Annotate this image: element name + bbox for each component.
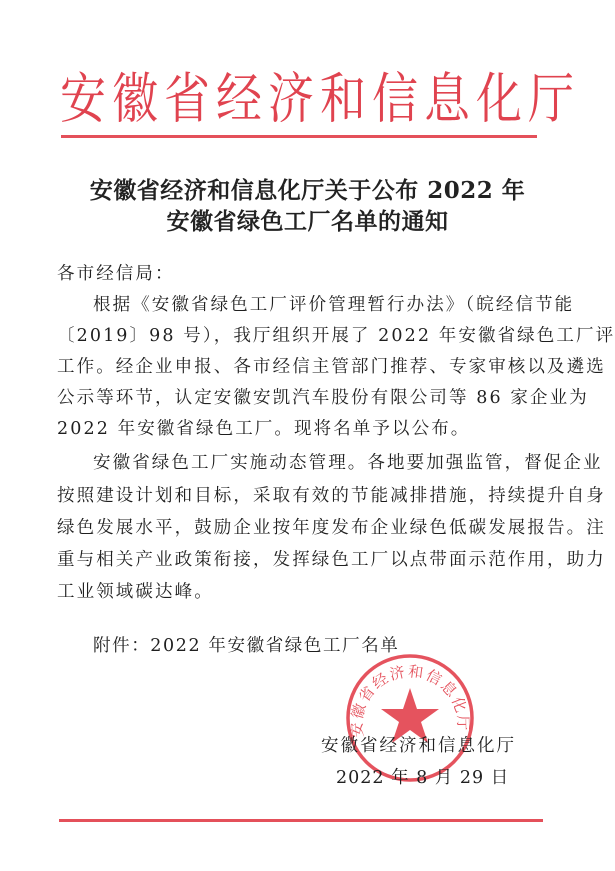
salutation: 各市经信局： <box>57 263 175 285</box>
paragraph-1-line: 〔2019〕98 号），我厅组织开展了 2022 年安徽省绿色工厂评价 <box>57 325 615 347</box>
paragraph-2-line: 安徽省绿色工厂实施动态管理。各地要加强监管，督促企业 <box>93 452 603 474</box>
paragraph-1-line: 根据《安徽省绿色工厂评价管理暂行办法》（皖经信节能 <box>93 294 574 316</box>
signature-date: 2022 年 8 月 29 日 <box>336 764 509 789</box>
paragraph-2-line: 重与相关产业政策衔接，发挥绿色工厂以点带面示范作用，助力 <box>57 549 606 571</box>
paragraph-1-line: 2022 年安徽省绿色工厂。现将名单予以公布。 <box>57 418 470 440</box>
letterhead-title: 安徽省经济和信息化厅 <box>60 62 538 135</box>
paragraph-2-line: 绿色发展水平，鼓励企业按年度发布企业绿色低碳发展报告。注 <box>57 517 606 539</box>
paragraph-1-line: 工作。经企业申报、各市经信主管部门推荐、专家审核以及遴选 <box>57 356 606 378</box>
document-title-line-1: 安徽省经济和信息化厅关于公布 2022 年 <box>0 172 615 205</box>
document-title-line-2: 安徽省绿色工厂名单的通知 <box>0 203 615 236</box>
paragraph-1-line: 公示等环节，认定安徽安凯汽车股份有限公司等 86 家企业为 <box>57 387 589 409</box>
signature-issuer: 安徽省经济和信息化厅 <box>321 732 516 757</box>
paragraph-2-line: 工业领域碳达峰。 <box>57 581 214 603</box>
letterhead-divider <box>61 135 537 138</box>
footer-divider <box>59 819 543 822</box>
paragraph-2-line: 按照建设计划和目标，采取有效的节能减排措施，持续提升自身 <box>57 485 606 507</box>
